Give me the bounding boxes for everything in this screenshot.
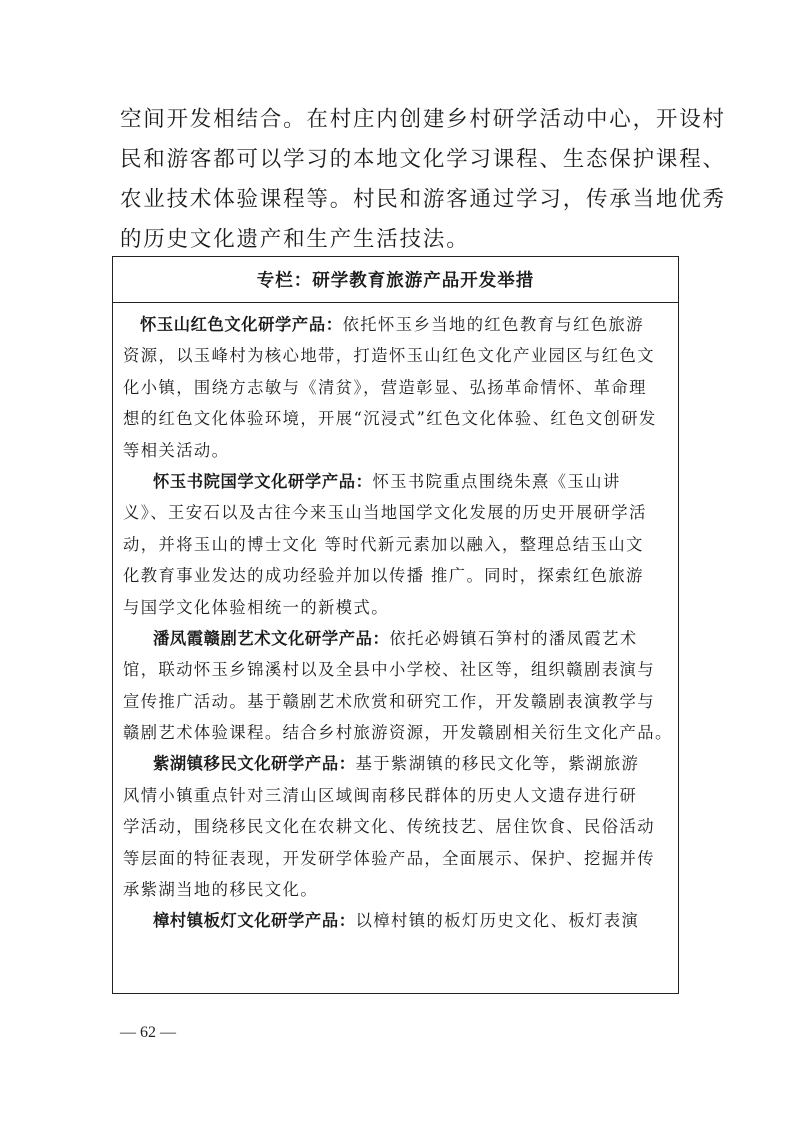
- intro-line: 的历史文化遗产和生产生活技法。: [120, 220, 690, 260]
- para-lead: 紫湖镇移民文化研学产品：: [153, 754, 356, 773]
- page-number: — 62 —: [120, 1024, 176, 1042]
- intro-paragraph: 空间开发相结合。在村庄内创建乡村研学活动中心，开设村 民和游客都可以学习的本地文…: [120, 100, 690, 260]
- para-lead: 潘凤霞赣剧艺术文化研学产品：: [153, 629, 389, 648]
- para-text: 依托必姆镇石笋村的潘凤霞艺术: [389, 629, 637, 648]
- para-line: 承紫湖当地的移民文化。: [123, 874, 668, 905]
- paragraph-huaiyu-academy: 怀玉书院国学文化研学产品：怀玉书院重点围绕朱熹《玉山讲 义》、王安石以及古往今来…: [123, 466, 668, 623]
- para-first-line: 樟村镇板灯文化研学产品：以樟村镇的板灯历史文化、板灯表演: [123, 905, 668, 936]
- paragraph-zhangcun-lantern: 樟村镇板灯文化研学产品：以樟村镇的板灯历史文化、板灯表演: [123, 905, 668, 936]
- para-line: 风情小镇重点针对三清山区域闽南移民群体的历史人文遗存进行研: [123, 780, 668, 811]
- para-first-line: 紫湖镇移民文化研学产品：基于紫湖镇的移民文化等，紫湖旅游: [123, 748, 668, 779]
- intro-line: 民和游客都可以学习的本地文化学习课程、生态保护课程、: [120, 140, 690, 180]
- para-first-line: 怀玉书院国学文化研学产品：怀玉书院重点围绕朱熹《玉山讲: [123, 466, 668, 497]
- para-line: 赣剧艺术体验课程。结合乡村旅游资源，开发赣剧相关衍生文化产品。: [123, 717, 668, 748]
- para-first-line: 潘凤霞赣剧艺术文化研学产品：依托必姆镇石笋村的潘凤霞艺术: [123, 623, 668, 654]
- para-lead: 怀玉书院国学文化研学产品：: [153, 472, 372, 491]
- para-text: 以樟村镇的板灯历史文化、板灯表演: [356, 911, 640, 930]
- intro-line: 农业技术体验课程等。村民和游客通过学习，传承当地优秀: [120, 180, 690, 220]
- para-lead: 樟村镇板灯文化研学产品：: [153, 911, 356, 930]
- para-first-line: 怀玉山红色文化研学产品：依托怀玉乡当地的红色教育与红色旅游: [123, 309, 668, 340]
- intro-line: 空间开发相结合。在村庄内创建乡村研学活动中心，开设村: [120, 100, 690, 140]
- para-line: 想的红色文化体验环境，开展“沉浸式”红色文化体验、红色文创研发: [123, 403, 668, 434]
- paragraph-zihu-migrant: 紫湖镇移民文化研学产品：基于紫湖镇的移民文化等，紫湖旅游 风情小镇重点针对三清山…: [123, 748, 668, 905]
- para-text: 基于紫湖镇的移民文化等，紫湖旅游: [356, 754, 640, 773]
- paragraph-ganju-opera: 潘凤霞赣剧艺术文化研学产品：依托必姆镇石笋村的潘凤霞艺术 馆，联动怀玉乡锦溪村以…: [123, 623, 668, 749]
- para-line: 化小镇，围绕方志敏与《清贫》，营造彰显、弘扬革命情怀、革命理: [123, 372, 668, 403]
- para-line: 义》、王安石以及古往今来玉山当地国学文化发展的历史开展研学活: [123, 497, 668, 528]
- para-line: 资源，以玉峰村为核心地带，打造怀玉山红色文化产业园区与红色文: [123, 340, 668, 371]
- para-line: 学活动，围绕移民文化在农耕文化、传统技艺、居住饮食、民俗活动: [123, 811, 668, 842]
- box-title: 专栏：研学教育旅游产品开发举措: [113, 257, 678, 303]
- paragraph-huaiyushan: 怀玉山红色文化研学产品：依托怀玉乡当地的红色教育与红色旅游 资源，以玉峰村为核心…: [123, 309, 668, 466]
- para-line: 动，并将玉山的博士文化 等时代新元素加以融入，整理总结玉山文: [123, 529, 668, 560]
- para-text: 依托怀玉乡当地的红色教育与红色旅游: [343, 315, 644, 334]
- para-lead: 怀玉山红色文化研学产品：: [140, 315, 343, 334]
- para-line: 等相关活动。: [123, 435, 668, 466]
- para-line: 宣传推广活动。基于赣剧艺术欣赏和研究工作，开发赣剧表演教学与: [123, 686, 668, 717]
- para-line: 馆，联动怀玉乡锦溪村以及全县中小学校、社区等，组织赣剧表演与: [123, 654, 668, 685]
- box-body: 怀玉山红色文化研学产品：依托怀玉乡当地的红色教育与红色旅游 资源，以玉峰村为核心…: [113, 303, 678, 937]
- para-line: 与国学文化体验相统一的新模式。: [123, 592, 668, 623]
- para-line: 化教育事业发达的成功经验并加以传播 推广。同时，探索红色旅游: [123, 560, 668, 591]
- para-line: 等层面的特征表现，开发研学体验产品，全面展示、保护、挖掘并传: [123, 843, 668, 874]
- para-text: 怀玉书院重点围绕朱熹《玉山讲: [372, 472, 620, 491]
- feature-box: 专栏：研学教育旅游产品开发举措 怀玉山红色文化研学产品：依托怀玉乡当地的红色教育…: [112, 256, 679, 994]
